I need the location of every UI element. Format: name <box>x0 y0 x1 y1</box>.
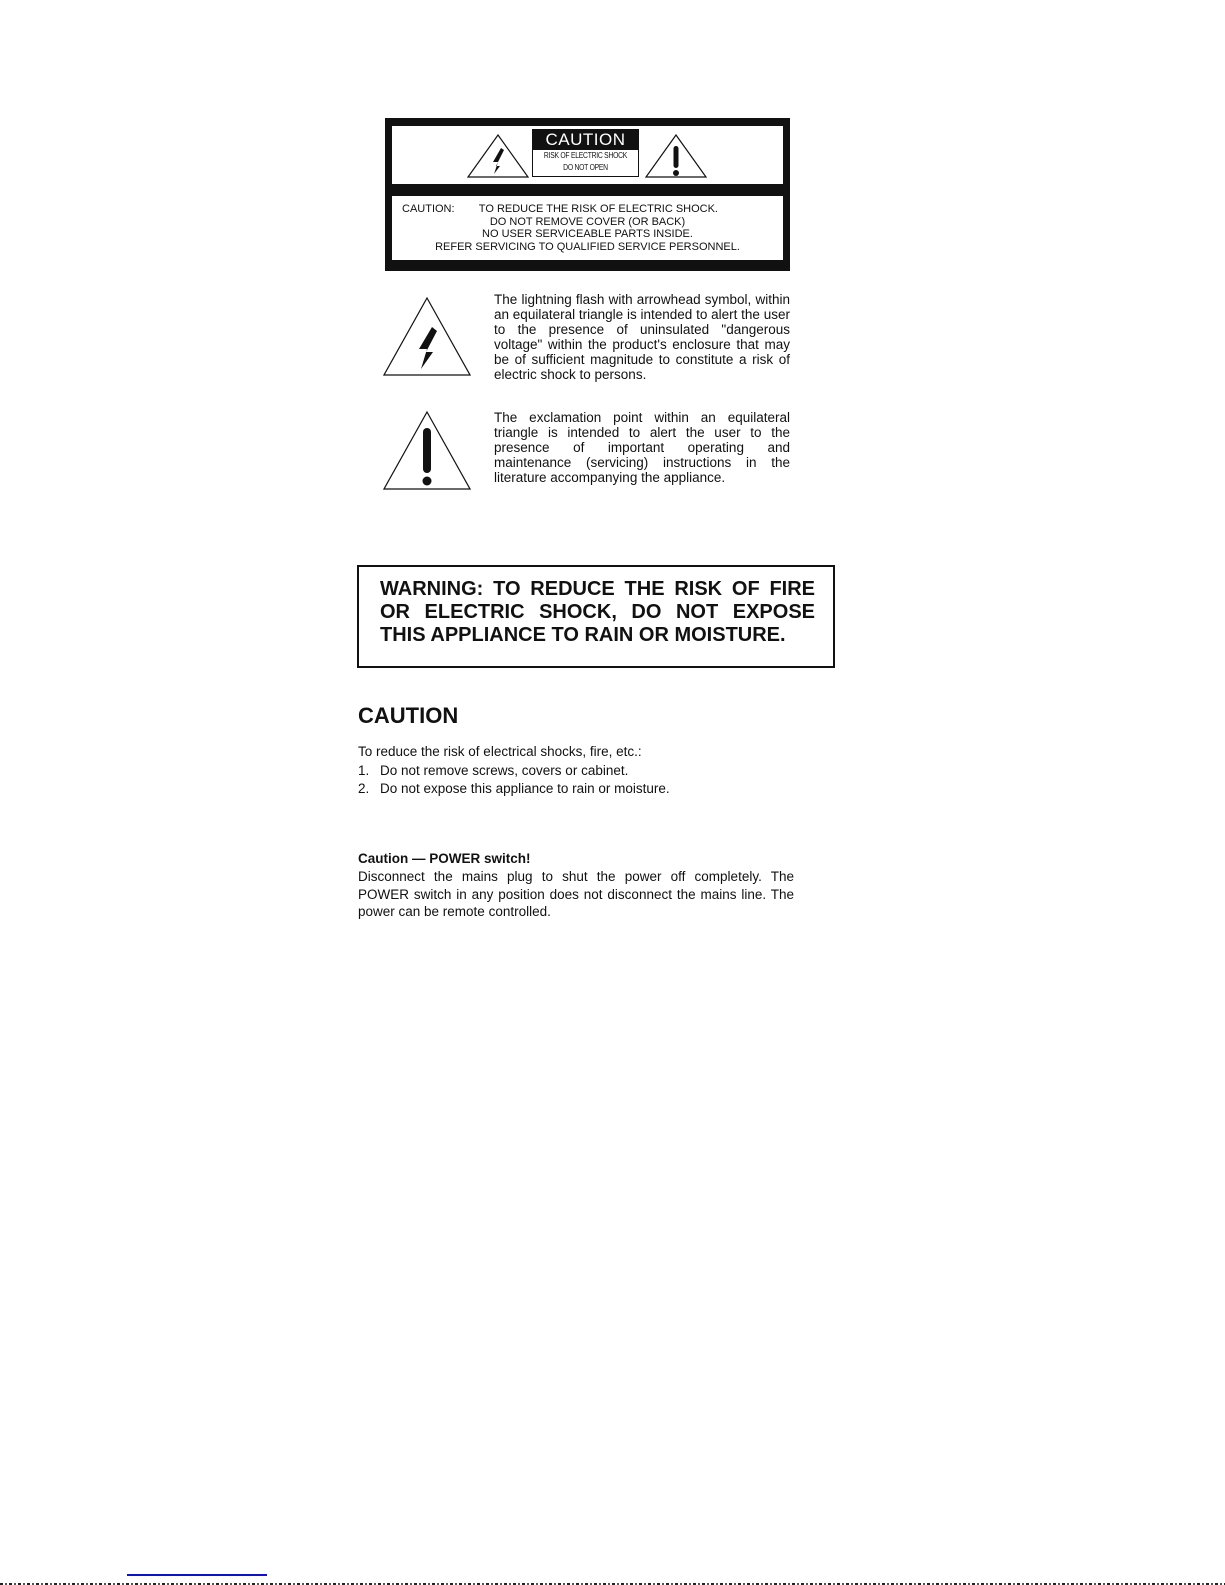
list-item: 2. Do not expose this appliance to rain … <box>358 780 670 798</box>
caution-plate-title: CAUTION <box>533 130 638 150</box>
caution-list: 1. Do not remove screws, covers or cabin… <box>358 762 670 797</box>
power-switch-heading: Caution — POWER switch! <box>358 851 531 866</box>
list-number: 2. <box>358 780 380 798</box>
lightning-warning-icon <box>383 297 471 376</box>
caution-label-line2: DO NOT REMOVE COVER (OR BACK) <box>392 216 783 229</box>
list-item: 1. Do not remove screws, covers or cabin… <box>358 762 670 780</box>
caution-label-line1: CAUTION: TO REDUCE THE RISK OF ELECTRIC … <box>392 203 783 216</box>
exclamation-warning-icon <box>645 134 707 178</box>
list-number: 1. <box>358 762 380 780</box>
caution-label-symbols: CAUTION RISK OF ELECTRIC SHOCK DO NOT OP… <box>392 126 783 184</box>
exclamation-symbol-description: The exclamation point within an equilate… <box>494 410 790 485</box>
warning-line1: WARNING: TO REDUCE THE RISK OF FIRE <box>380 578 815 601</box>
caution-plate-line2: DO NOT OPEN <box>541 162 630 174</box>
warning-line3: THIS APPLIANCE TO RAIN OR MOISTURE. <box>380 624 815 647</box>
warning-box: WARNING: TO REDUCE THE RISK OF FIRE OR E… <box>357 565 835 668</box>
caution-label-line4: REFER SERVICING TO QUALIFIED SERVICE PER… <box>392 241 783 254</box>
lightning-symbol-description: The lightning flash with arrowhead symbo… <box>494 292 790 382</box>
caution-label: CAUTION RISK OF ELECTRIC SHOCK DO NOT OP… <box>385 118 790 271</box>
list-text: Do not expose this appliance to rain or … <box>380 780 670 798</box>
caution-plate-line1: RISK OF ELECTRIC SHOCK <box>541 150 630 162</box>
caution-intro: To reduce the risk of electrical shocks,… <box>358 744 642 759</box>
power-switch-body: Disconnect the mains plug to shut the po… <box>358 868 794 921</box>
warning-line2: OR ELECTRIC SHOCK, DO NOT EXPOSE <box>380 601 815 624</box>
link-underline[interactable] <box>127 1574 267 1576</box>
exclamation-warning-icon <box>383 411 471 490</box>
caution-label-line3: NO USER SERVICEABLE PARTS INSIDE. <box>392 228 783 241</box>
caution-heading: CAUTION <box>358 703 458 729</box>
caution-plate: CAUTION RISK OF ELECTRIC SHOCK DO NOT OP… <box>532 129 639 177</box>
lightning-warning-icon <box>467 134 529 178</box>
caution-label-text: CAUTION: TO REDUCE THE RISK OF ELECTRIC … <box>392 196 783 260</box>
list-text: Do not remove screws, covers or cabinet. <box>380 762 628 780</box>
